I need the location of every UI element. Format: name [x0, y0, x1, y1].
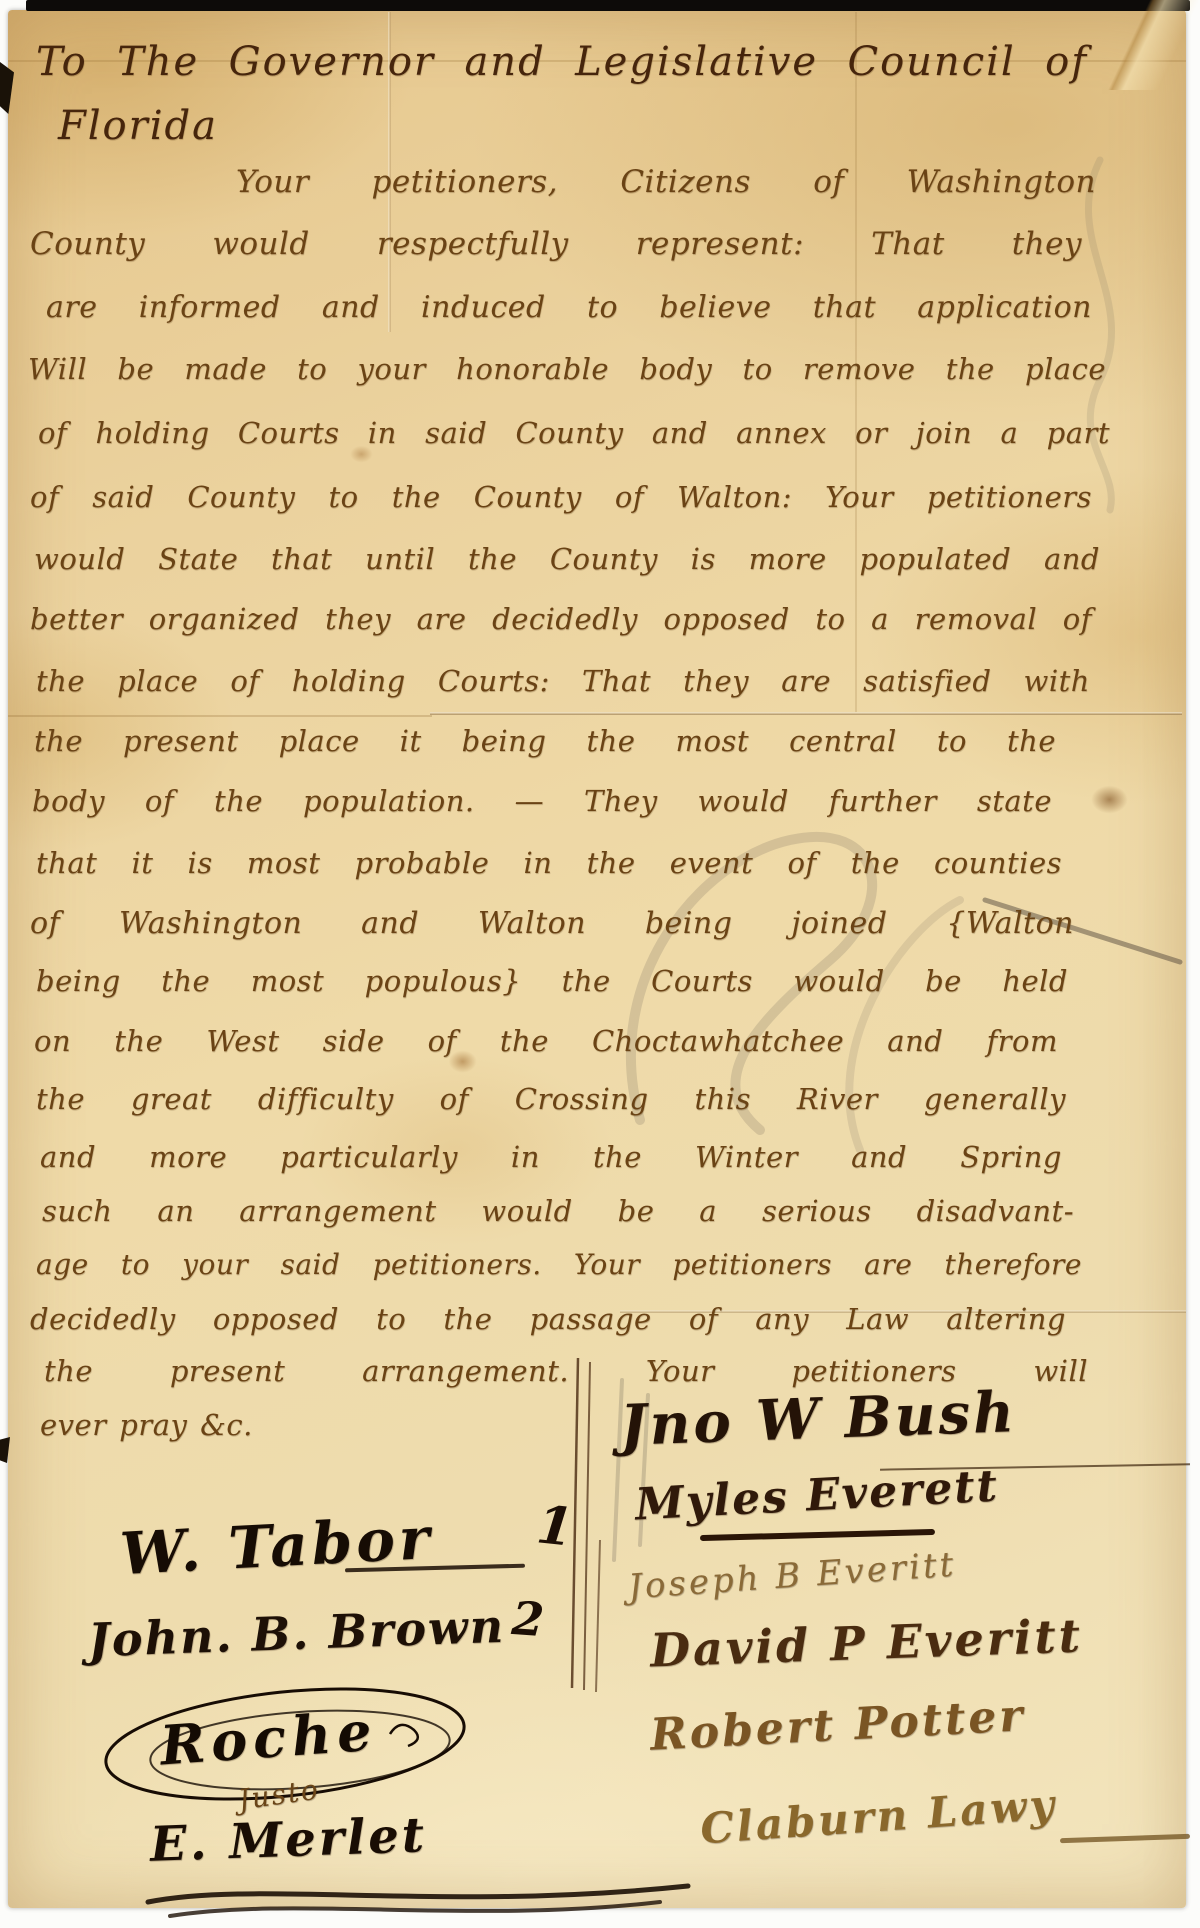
petition-line: Your petitioners, Citizens of Washington — [236, 164, 1096, 201]
petition-line: of said County to the County of Walton: … — [30, 480, 1092, 515]
petition-line: To The Governor and Legislative Council … — [36, 38, 1088, 86]
fold-crease-middle-left — [8, 715, 432, 717]
petition-line: such an arrangement would be a serious d… — [42, 1194, 1074, 1229]
petition-line: better organized they are decidedly oppo… — [30, 602, 1092, 637]
signer-number-1: 1 — [534, 1494, 576, 1558]
fold-crease-middle — [430, 712, 1182, 715]
signature-e-merlet: E. Merlet — [149, 1807, 428, 1873]
petition-line: decidedly opposed to the passage of any … — [30, 1302, 1066, 1337]
petition-line: County would respectfully represent: Tha… — [30, 226, 1082, 263]
scan-edge-strip — [26, 0, 1190, 11]
petition-line: on the West side of the Choctawhatchee a… — [34, 1024, 1058, 1059]
petition-line: of Washington and Walton being joined {W… — [30, 906, 1074, 942]
petition-line: being the most populous} the Courts woul… — [36, 964, 1068, 999]
petition-line: the present place it being the most cent… — [34, 724, 1056, 759]
signer-number-2: 2 — [510, 1591, 546, 1647]
petition-line: and more particularly in the Winter and … — [40, 1140, 1062, 1175]
petition-line: that it is most probable in the event of… — [36, 846, 1062, 881]
petition-line: the great difficulty of Crossing this Ri… — [36, 1082, 1066, 1117]
petition-line: Will be made to your honorable body to r… — [28, 352, 1106, 387]
petition-line: age to your said petitioners. Your petit… — [36, 1248, 1082, 1282]
petition-line: are informed and induced to believe that… — [46, 290, 1092, 326]
petition-line: body of the population. — They would fur… — [32, 784, 1052, 819]
petition-line: the place of holding Courts: That they a… — [36, 664, 1090, 699]
petition-line: would State that until the County is mor… — [34, 542, 1100, 577]
merlet-underline-flourish — [140, 1872, 700, 1922]
petition-line: of holding Courts in said County and ann… — [38, 416, 1110, 451]
document-scan: To The Governor and Legislative Council … — [0, 0, 1200, 1928]
petition-line: ever pray &c. — [40, 1408, 253, 1443]
signature-jno-w-bush: Jno W Bush — [619, 1379, 1018, 1459]
petition-line: Florida — [58, 102, 218, 150]
